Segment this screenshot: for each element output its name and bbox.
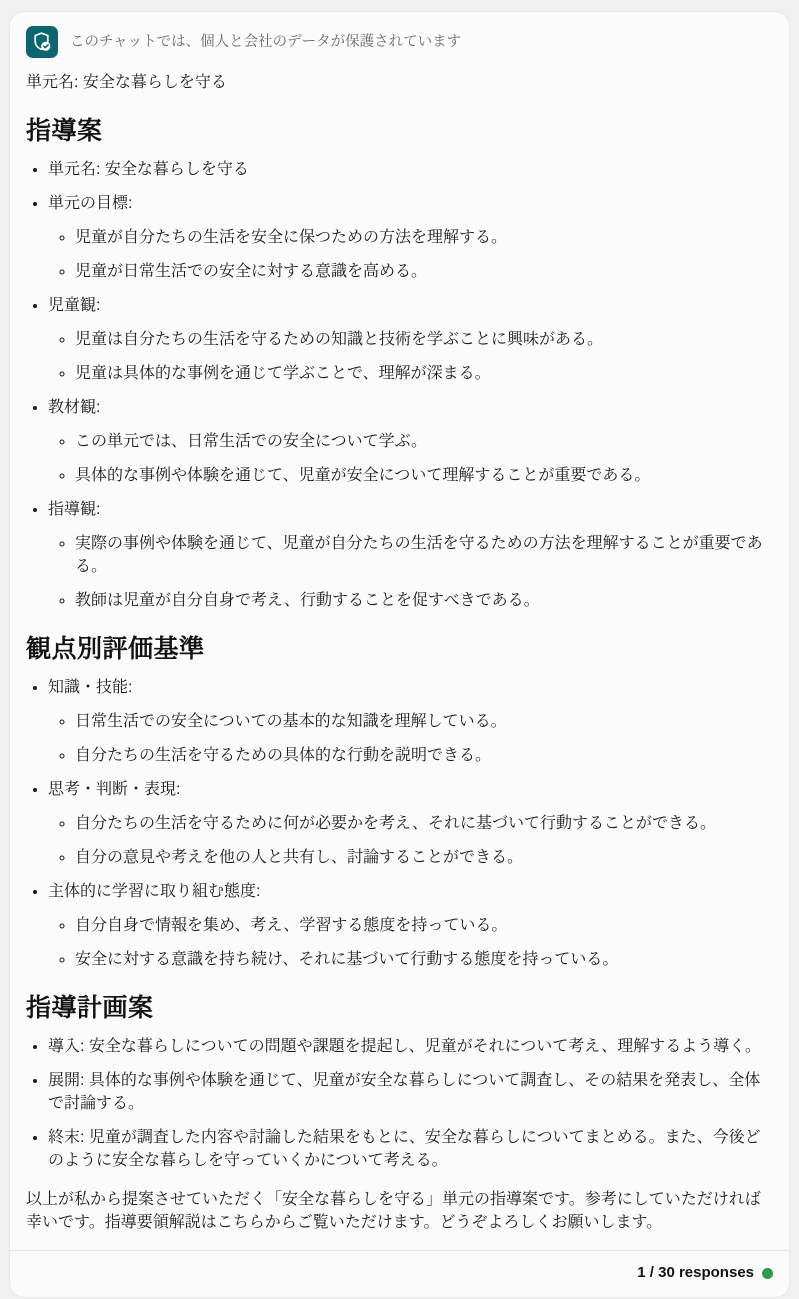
list-item: 終末: 児童が調査した内容や討論した結果をもとに、安全な暮らしについてまとめる。… — [48, 1126, 773, 1172]
list-item: 展開: 具体的な事例や体験を通じて、児童が安全な暮らしについて調査し、その結果を… — [48, 1069, 773, 1115]
sub-bullet-list: 児童は自分たちの生活を守るための知識と技術を学ぶことに興味がある。児童は具体的な… — [48, 328, 773, 385]
list-item: 導入: 安全な暮らしについての問題や課題を提起し、児童がそれについて考え、理解す… — [48, 1035, 773, 1058]
bullet-list: 知識・技能:日常生活での安全についての基本的な知識を理解している。自分たちの生活… — [26, 676, 773, 971]
list-item-text: 終末: 児童が調査した内容や討論した結果をもとに、安全な暮らしについてまとめる。… — [48, 1129, 761, 1169]
list-item: 主体的に学習に取り組む態度:自分自身で情報を集め、考え、学習する態度を持っている… — [48, 880, 773, 971]
sub-list-item: 自分たちの生活を守るために何が必要かを考え、それに基づいて行動することができる。 — [75, 812, 773, 835]
list-item-text: 児童観: — [48, 297, 100, 314]
sub-list-item: 自分たちの生活を守るための具体的な行動を説明できる。 — [75, 744, 773, 767]
sub-list-item: 日常生活での安全についての基本的な知識を理解している。 — [75, 710, 773, 733]
sub-list-item: 安全に対する意識を持ち続け、それに基づいて行動する態度を持っている。 — [75, 948, 773, 971]
shield-check-icon — [26, 26, 58, 58]
message-sections: 指導案単元名: 安全な暮らしを守る単元の目標:児童が自分たちの生活を安全に保つた… — [26, 115, 773, 1172]
bullet-list: 導入: 安全な暮らしについての問題や課題を提起し、児童がそれについて考え、理解す… — [26, 1035, 773, 1172]
closing-paragraph: 以上が私から提案させていただく「安全な暮らしを守る」単元の指導案です。参考にして… — [26, 1188, 773, 1234]
sub-list-item: 自分自身で情報を集め、考え、学習する態度を持っている。 — [75, 914, 773, 937]
sub-list-item: 児童は自分たちの生活を守るための知識と技術を学ぶことに興味がある。 — [75, 328, 773, 351]
list-item-text: 教材観: — [48, 399, 100, 416]
list-item: 児童観:児童は自分たちの生活を守るための知識と技術を学ぶことに興味がある。児童は… — [48, 294, 773, 385]
sub-list-item: 具体的な事例や体験を通じて、児童が安全について理解することが重要である。 — [75, 464, 773, 487]
sub-bullet-list: この単元では、日常生活での安全について学ぶ。具体的な事例や体験を通じて、児童が安… — [48, 430, 773, 487]
bullet-list: 単元名: 安全な暮らしを守る単元の目標:児童が自分たちの生活を安全に保つための方… — [26, 158, 773, 612]
sub-list-item: この単元では、日常生活での安全について学ぶ。 — [75, 430, 773, 453]
list-item-text: 指導観: — [48, 501, 100, 518]
sub-bullet-list: 児童が自分たちの生活を安全に保つための方法を理解する。児童が日常生活での安全に対… — [48, 226, 773, 283]
sub-list-item: 児童は具体的な事例を通じて学ぶことで、理解が深まる。 — [75, 362, 773, 385]
list-item: 単元の目標:児童が自分たちの生活を安全に保つための方法を理解する。児童が日常生活… — [48, 192, 773, 283]
sub-bullet-list: 実際の事例や体験を通じて、児童が自分たちの生活を守るための方法を理解することが重… — [48, 532, 773, 612]
responses-count: 1 / 30 responses — [637, 1264, 754, 1282]
response-footer: 1 / 30 responses — [10, 1250, 789, 1297]
status-dot-icon — [762, 1268, 773, 1279]
sub-bullet-list: 自分たちの生活を守るために何が必要かを考え、それに基づいて行動することができる。… — [48, 812, 773, 869]
list-item-text: 主体的に学習に取り組む態度: — [48, 883, 260, 900]
sub-bullet-list: 日常生活での安全についての基本的な知識を理解している。自分たちの生活を守るための… — [48, 710, 773, 767]
list-item-text: 単元の目標: — [48, 195, 132, 212]
list-item-text: 思考・判断・表現: — [48, 781, 180, 798]
section-heading: 観点別評価基準 — [26, 633, 773, 665]
list-item: 指導観:実際の事例や体験を通じて、児童が自分たちの生活を守るための方法を理解する… — [48, 498, 773, 612]
list-item: 単元名: 安全な暮らしを守る — [48, 158, 773, 181]
sub-list-item: 実際の事例や体験を通じて、児童が自分たちの生活を守るための方法を理解することが重… — [75, 532, 773, 578]
list-item-text: 知識・技能: — [48, 679, 132, 696]
section-heading: 指導案 — [26, 115, 773, 147]
list-item: 思考・判断・表現:自分たちの生活を守るために何が必要かを考え、それに基づいて行動… — [48, 778, 773, 869]
sub-list-item: 児童が自分たちの生活を安全に保つための方法を理解する。 — [75, 226, 773, 249]
sub-list-item: 児童が日常生活での安全に対する意識を高める。 — [75, 260, 773, 283]
privacy-banner-text: このチャットでは、個人と会社のデータが保護されています — [70, 32, 461, 52]
sub-list-item: 自分の意見や考えを他の人と共有し、討論することができる。 — [75, 846, 773, 869]
privacy-banner: このチャットでは、個人と会社のデータが保護されています — [26, 26, 773, 58]
sub-list-item: 教師は児童が自分自身で考え、行動することを促すべきである。 — [75, 589, 773, 612]
section-heading: 指導計画案 — [26, 992, 773, 1024]
list-item-text: 導入: 安全な暮らしについての問題や課題を提起し、児童がそれについて考え、理解す… — [48, 1038, 761, 1055]
unit-name-line: 単元名: 安全な暮らしを守る — [26, 71, 773, 94]
list-item-text: 展開: 具体的な事例や体験を通じて、児童が安全な暮らしについて調査し、その結果を… — [48, 1072, 760, 1112]
assistant-message-card: このチャットでは、個人と会社のデータが保護されています 単元名: 安全な暮らしを… — [10, 12, 789, 1297]
list-item-text: 単元名: 安全な暮らしを守る — [48, 161, 249, 178]
sub-bullet-list: 自分自身で情報を集め、考え、学習する態度を持っている。安全に対する意識を持ち続け… — [48, 914, 773, 971]
list-item: 教材観:この単元では、日常生活での安全について学ぶ。具体的な事例や体験を通じて、… — [48, 396, 773, 487]
list-item: 知識・技能:日常生活での安全についての基本的な知識を理解している。自分たちの生活… — [48, 676, 773, 767]
